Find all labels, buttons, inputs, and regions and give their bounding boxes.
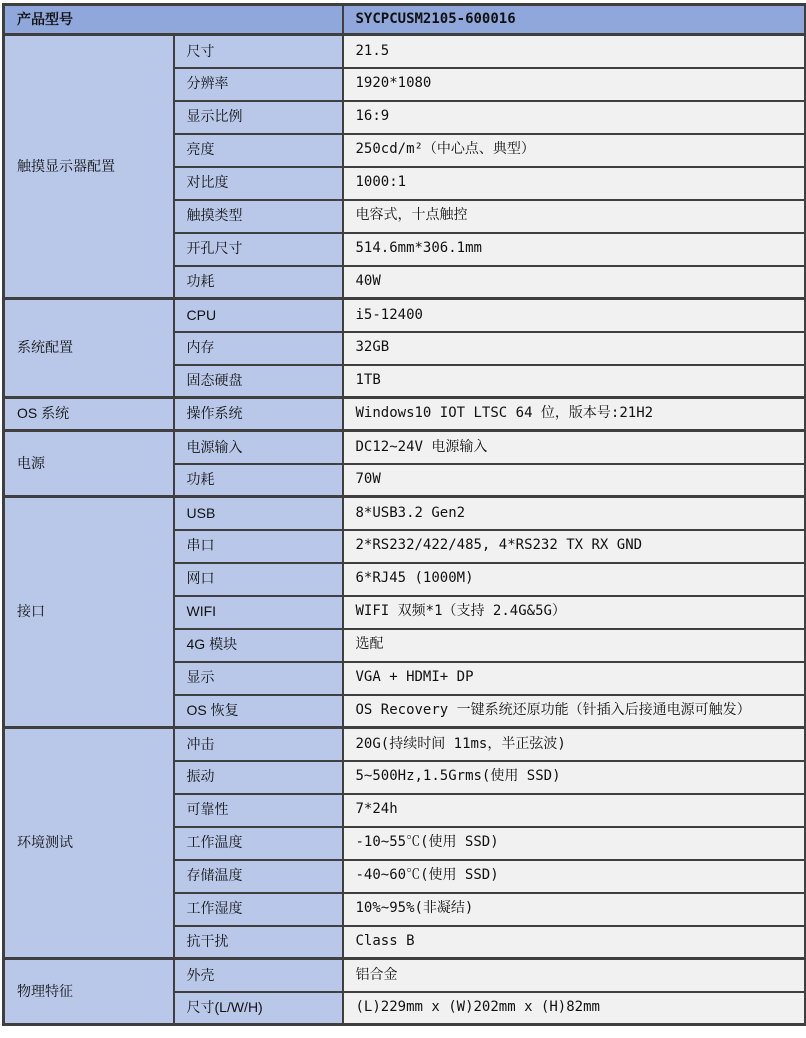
spec-value-cell: 21.5 bbox=[343, 35, 806, 68]
table-row: 环境测试冲击20G(持续时间 11ms，半正弦波) bbox=[4, 728, 806, 761]
table-row: 电源电源输入DC12~24V 电源输入 bbox=[4, 431, 806, 464]
spec-value-cell: -40~60℃(使用 SSD) bbox=[343, 860, 806, 893]
table-row: 接口USB8*USB3.2 Gen2 bbox=[4, 497, 806, 530]
table-header-row: 产品型号 SYCPCUSM2105-600016 bbox=[4, 5, 806, 35]
spec-value-cell: (L)229mm x (W)202mm x (H)82mm bbox=[343, 992, 806, 1025]
group-cell: OS 系统 bbox=[4, 398, 174, 431]
spec-label-cell: 可靠性 bbox=[174, 794, 343, 827]
group-cell: 环境测试 bbox=[4, 728, 174, 959]
spec-table-body: 产品型号 SYCPCUSM2105-600016 触摸显示器配置尺寸21.5分辨… bbox=[4, 5, 806, 1025]
spec-sheet-page: 产品型号 SYCPCUSM2105-600016 触摸显示器配置尺寸21.5分辨… bbox=[0, 0, 806, 1038]
spec-value-cell: 选配 bbox=[343, 629, 806, 662]
spec-label-cell: 功耗 bbox=[174, 464, 343, 497]
spec-value-cell: 70W bbox=[343, 464, 806, 497]
spec-label-cell: 电源输入 bbox=[174, 431, 343, 464]
spec-label-cell: 开孔尺寸 bbox=[174, 233, 343, 266]
spec-value-cell: 2*RS232/422/485, 4*RS232 TX RX GND bbox=[343, 530, 806, 563]
spec-label-cell: 冲击 bbox=[174, 728, 343, 761]
spec-label-cell: 显示 bbox=[174, 662, 343, 695]
spec-value-cell: 7*24h bbox=[343, 794, 806, 827]
spec-value-cell: 250cd/m²（中心点、典型） bbox=[343, 134, 806, 167]
spec-value-cell: OS Recovery 一键系统还原功能（针插入后接通电源可触发） bbox=[343, 695, 806, 728]
spec-label-cell: 串口 bbox=[174, 530, 343, 563]
group-cell: 系统配置 bbox=[4, 299, 174, 398]
spec-label-cell: 工作湿度 bbox=[174, 893, 343, 926]
spec-label-cell: OS 恢复 bbox=[174, 695, 343, 728]
spec-value-cell: 铝合金 bbox=[343, 959, 806, 992]
spec-label-cell: 亮度 bbox=[174, 134, 343, 167]
spec-label-cell: 显示比例 bbox=[174, 101, 343, 134]
spec-value-cell: 514.6mm*306.1mm bbox=[343, 233, 806, 266]
spec-label-cell: 尺寸(L/W/H) bbox=[174, 992, 343, 1025]
spec-value-cell: 1TB bbox=[343, 365, 806, 398]
table-row: 触摸显示器配置尺寸21.5 bbox=[4, 35, 806, 68]
spec-label-cell: USB bbox=[174, 497, 343, 530]
product-model-value: SYCPCUSM2105-600016 bbox=[343, 5, 806, 35]
spec-value-cell: -10~55℃(使用 SSD) bbox=[343, 827, 806, 860]
group-cell: 触摸显示器配置 bbox=[4, 35, 174, 299]
spec-label-cell: WIFI bbox=[174, 596, 343, 629]
spec-value-cell: VGA + HDMI+ DP bbox=[343, 662, 806, 695]
spec-label-cell: 固态硬盘 bbox=[174, 365, 343, 398]
group-cell: 物理特征 bbox=[4, 959, 174, 1025]
spec-table: 产品型号 SYCPCUSM2105-600016 触摸显示器配置尺寸21.5分辨… bbox=[2, 3, 806, 1026]
spec-label-cell: 工作温度 bbox=[174, 827, 343, 860]
table-row: OS 系统操作系统Windows10 IOT LTSC 64 位，版本号:21H… bbox=[4, 398, 806, 431]
spec-label-cell: 操作系统 bbox=[174, 398, 343, 431]
spec-value-cell: 8*USB3.2 Gen2 bbox=[343, 497, 806, 530]
spec-value-cell: 32GB bbox=[343, 332, 806, 365]
spec-value-cell: 40W bbox=[343, 266, 806, 299]
spec-value-cell: 6*RJ45 (1000M) bbox=[343, 563, 806, 596]
spec-value-cell: 电容式，十点触控 bbox=[343, 200, 806, 233]
spec-value-cell: Class B bbox=[343, 926, 806, 959]
spec-value-cell: 10%~95%(非凝结) bbox=[343, 893, 806, 926]
spec-label-cell: 功耗 bbox=[174, 266, 343, 299]
spec-label-cell: 对比度 bbox=[174, 167, 343, 200]
spec-label-cell: 振动 bbox=[174, 761, 343, 794]
spec-label-cell: 触摸类型 bbox=[174, 200, 343, 233]
spec-label-cell: 尺寸 bbox=[174, 35, 343, 68]
table-row: 物理特征外壳铝合金 bbox=[4, 959, 806, 992]
spec-value-cell: WIFI 双频*1（支持 2.4G&5G） bbox=[343, 596, 806, 629]
spec-label-cell: 4G 模块 bbox=[174, 629, 343, 662]
spec-value-cell: 1920*1080 bbox=[343, 68, 806, 101]
spec-value-cell: 1000:1 bbox=[343, 167, 806, 200]
spec-label-cell: 内存 bbox=[174, 332, 343, 365]
spec-label-cell: CPU bbox=[174, 299, 343, 332]
spec-label-cell: 分辨率 bbox=[174, 68, 343, 101]
spec-label-cell: 网口 bbox=[174, 563, 343, 596]
spec-value-cell: i5-12400 bbox=[343, 299, 806, 332]
spec-label-cell: 存储温度 bbox=[174, 860, 343, 893]
product-model-label: 产品型号 bbox=[4, 5, 343, 35]
table-row: 系统配置CPUi5-12400 bbox=[4, 299, 806, 332]
spec-value-cell: 5~500Hz,1.5Grms(使用 SSD) bbox=[343, 761, 806, 794]
spec-label-cell: 外壳 bbox=[174, 959, 343, 992]
group-cell: 电源 bbox=[4, 431, 174, 497]
spec-value-cell: DC12~24V 电源输入 bbox=[343, 431, 806, 464]
spec-value-cell: 16:9 bbox=[343, 101, 806, 134]
spec-label-cell: 抗干扰 bbox=[174, 926, 343, 959]
spec-value-cell: Windows10 IOT LTSC 64 位，版本号:21H2 bbox=[343, 398, 806, 431]
group-cell: 接口 bbox=[4, 497, 174, 728]
spec-value-cell: 20G(持续时间 11ms，半正弦波) bbox=[343, 728, 806, 761]
